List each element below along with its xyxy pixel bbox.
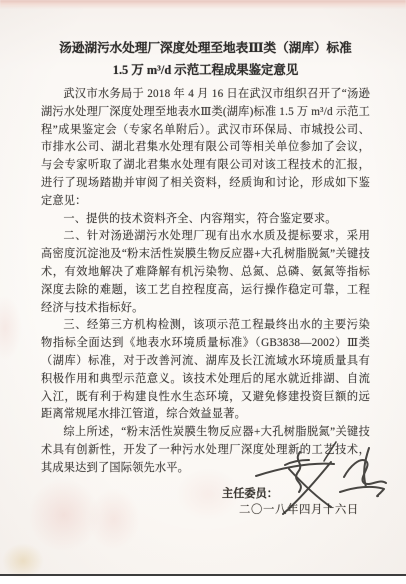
appraisal-document-page: 汤逊湖污水处理厂深度处理至地表Ⅲ类（湖库）标准 1.5 万 m³/d 示范工程成… (0, 0, 406, 574)
paragraph-opinion-3: 三、经第三方机构检测，该项示范工程最终出水的主要污染物指标全面达到《地表水环境质… (41, 317, 370, 424)
paragraph-opinion-2: 二、针对汤逊湖污水处理厂现有出水水质及提标要求，采用高密度沉淀池及“粉末活性炭膜… (41, 228, 370, 317)
paragraph-intro: 武汉市水务局于 2018 年 4 月 16 日在武汉市组织召开了“汤逊湖污水处理… (41, 86, 370, 211)
document-title-line2: 1.5 万 m³/d 示范工程成果鉴定意见 (41, 62, 370, 78)
photo-top-edge (0, 0, 406, 9)
document-body: 武汉市水务局于 2018 年 4 月 16 日在武汉市组织召开了“汤逊湖污水处理… (41, 86, 370, 478)
paragraph-opinion-1: 一、提供的技术资料齐全、内容翔实，符合鉴定要求。 (41, 211, 370, 229)
paragraph-conclusion: 综上所述，“粉末活性炭膜生物反应器+大孔树脂脱氮”关键技术具有创新性，开发了一种… (41, 424, 370, 477)
document-title-line1: 汤逊湖污水处理厂深度处理至地表Ⅲ类（湖库）标准 (41, 40, 370, 56)
document-date: 二〇一八年四月十六日 (239, 501, 359, 517)
document-photo: 汤逊湖污水处理厂深度处理至地表Ⅲ类（湖库）标准 1.5 万 m³/d 示范工程成… (0, 0, 406, 584)
chief-committee-member-label: 主任委员： (222, 485, 278, 501)
photo-bottom-edge-line (0, 574, 406, 576)
